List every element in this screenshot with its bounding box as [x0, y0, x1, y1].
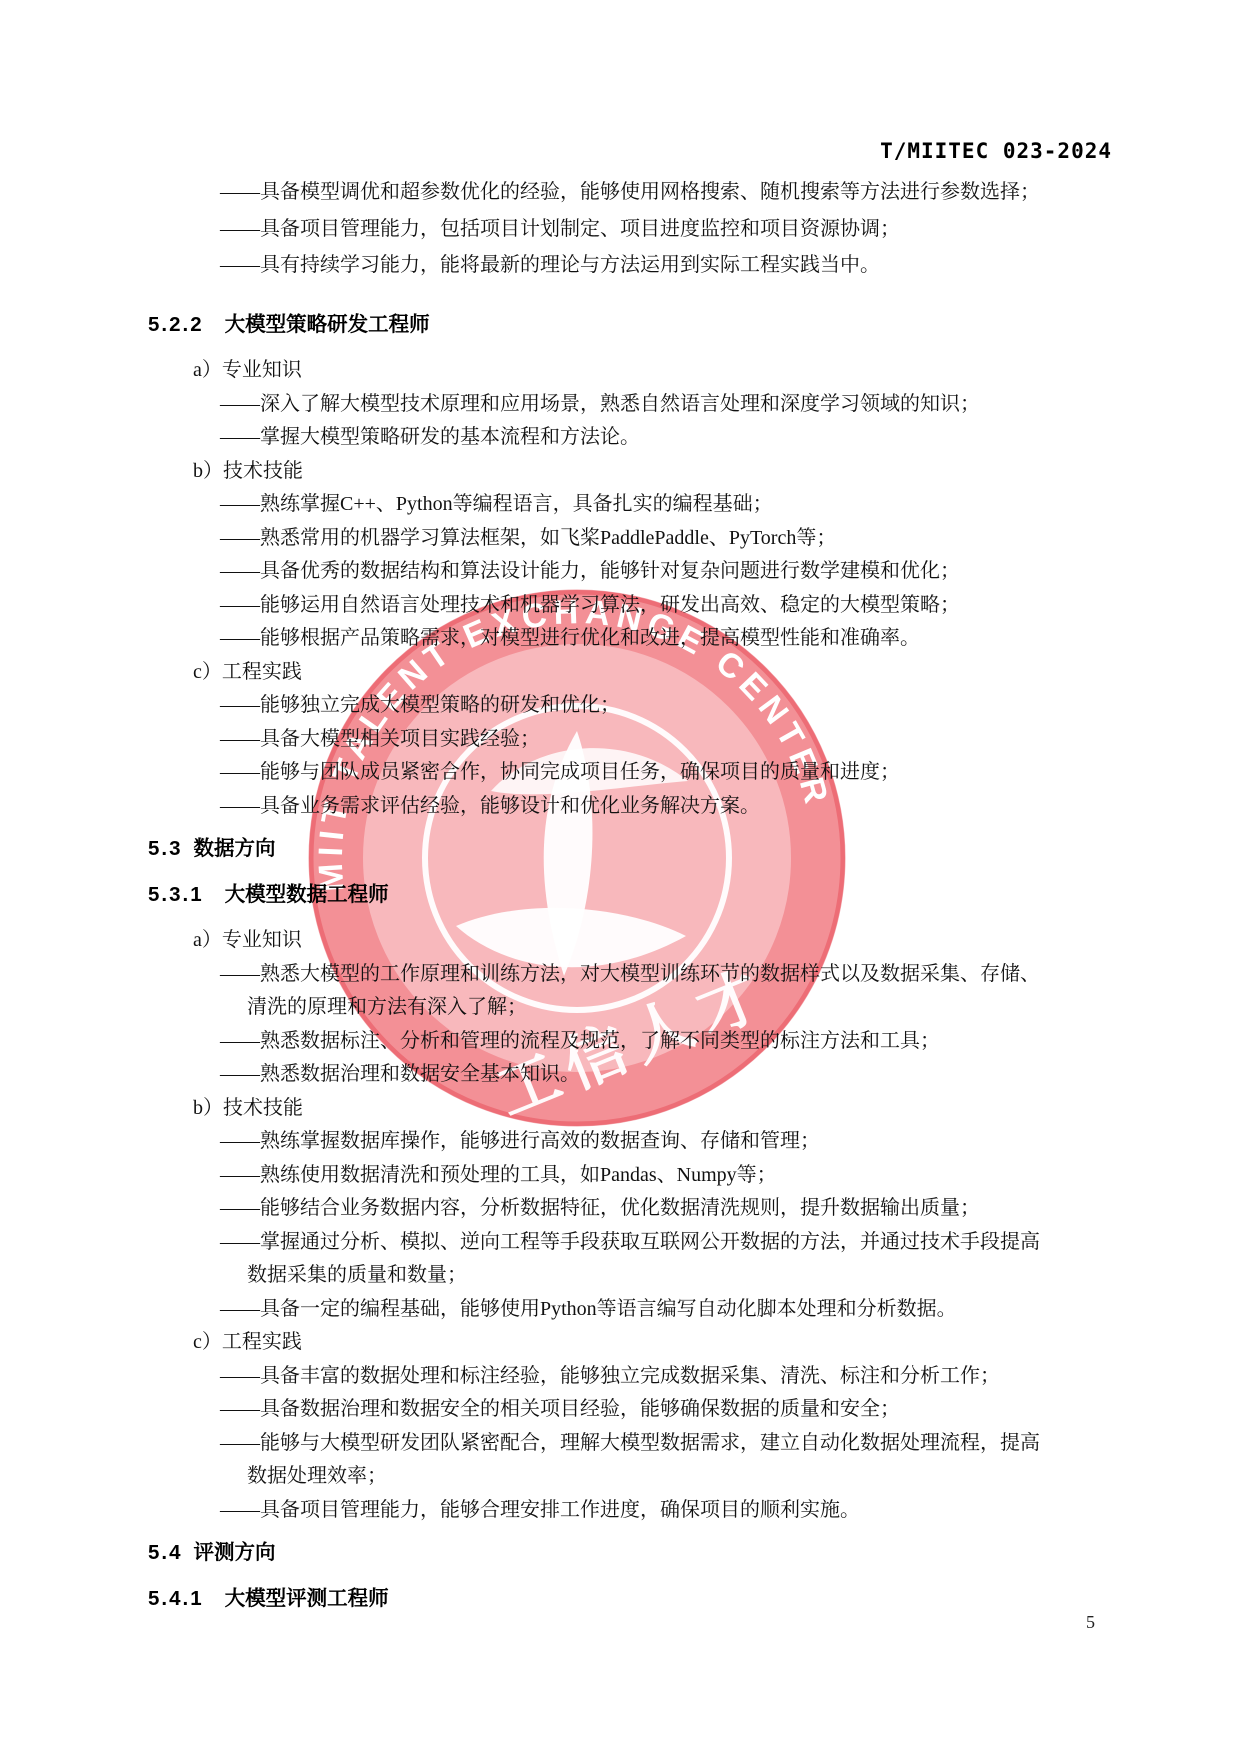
standard-code: T/MIITEC 023-2024	[0, 139, 1112, 163]
text-line: ——具备大模型相关项目实践经验；	[0, 723, 1241, 757]
text-line: ——具备优秀的数据结构和算法设计能力，能够针对复杂问题进行数学建模和优化；	[0, 555, 1241, 589]
section-heading: 5.3数据方向	[0, 832, 1241, 866]
text-line: ——能够独立完成大模型策略的研发和优化；	[0, 689, 1241, 723]
heading-number: 5.3.1	[148, 883, 204, 906]
heading-number: 5.2.2	[148, 313, 204, 336]
text-line: 数据处理效率；	[0, 1460, 1241, 1494]
text-line: a）专业知识	[0, 354, 1241, 388]
text-line: ——熟练掌握数据库操作，能够进行高效的数据查询、存储和管理；	[0, 1125, 1241, 1159]
text-line: ——具备业务需求评估经验，能够设计和优化业务解决方案。	[0, 790, 1241, 824]
text-line: ——具备模型调优和超参数优化的经验，能够使用网格搜索、随机搜索等方法进行参数选择…	[0, 174, 1241, 211]
text-line: ——具备丰富的数据处理和标注经验，能够独立完成数据采集、清洗、标注和分析工作；	[0, 1360, 1241, 1394]
text-line: ——具备项目管理能力，能够合理安排工作进度，确保项目的顺利实施。	[0, 1494, 1241, 1528]
heading-number: 5.4	[148, 1541, 183, 1564]
text-line: ——熟练掌握C++、Python等编程语言，具备扎实的编程基础；	[0, 488, 1241, 522]
section-heading: 5.4评测方向	[0, 1536, 1241, 1570]
text-line: ——熟悉大模型的工作原理和训练方法，对大模型训练环节的数据样式以及数据采集、存储…	[0, 958, 1241, 992]
text-line: a）专业知识	[0, 924, 1241, 958]
text-line: ——掌握大模型策略研发的基本流程和方法论。	[0, 421, 1241, 455]
section-heading: 5.4.1大模型评测工程师	[0, 1582, 1241, 1616]
text-line: 清洗的原理和方法有深入了解；	[0, 991, 1241, 1025]
section-heading: 5.3.1大模型数据工程师	[0, 878, 1241, 912]
text-line: ——熟悉数据标注、分析和管理的流程及规范，了解不同类型的标注方法和工具；	[0, 1025, 1241, 1059]
heading-title: 数据方向	[194, 837, 276, 860]
text-line: b）技术技能	[0, 455, 1241, 489]
text-line: ——能够根据产品策略需求，对模型进行优化和改进，提高模型性能和准确率。	[0, 622, 1241, 656]
text-line: ——能够运用自然语言处理技术和机器学习算法，研发出高效、稳定的大模型策略；	[0, 589, 1241, 623]
heading-title: 大模型策略研发工程师	[225, 313, 430, 336]
heading-title: 评测方向	[194, 1541, 276, 1564]
heading-number: 5.3	[148, 837, 183, 860]
text-line: ——具备项目管理能力，包括项目计划制定、项目进度监控和项目资源协调；	[0, 211, 1241, 248]
section-heading: 5.2.2大模型策略研发工程师	[0, 308, 1241, 342]
text-line: ——能够与团队成员紧密合作，协同完成项目任务，确保项目的质量和进度；	[0, 756, 1241, 790]
text-line: 数据采集的质量和数量；	[0, 1259, 1241, 1293]
document-page: { "header": { "standard_code": "T/MIITEC…	[0, 0, 1241, 1754]
text-line: ——熟练使用数据清洗和预处理的工具，如Pandas、Numpy等；	[0, 1159, 1241, 1193]
text-line: c）工程实践	[0, 1326, 1241, 1360]
heading-title: 大模型数据工程师	[225, 883, 389, 906]
text-line: ——具备一定的编程基础，能够使用Python等语言编写自动化脚本处理和分析数据。	[0, 1293, 1241, 1327]
heading-title: 大模型评测工程师	[225, 1587, 389, 1610]
text-line: ——熟悉数据治理和数据安全基本知识。	[0, 1058, 1241, 1092]
heading-number: 5.4.1	[148, 1587, 204, 1610]
text-line: ——能够结合业务数据内容，分析数据特征，优化数据清洗规则，提升数据输出质量；	[0, 1192, 1241, 1226]
text-line: ——具备数据治理和数据安全的相关项目经验，能够确保数据的质量和安全；	[0, 1393, 1241, 1427]
text-line: ——熟悉常用的机器学习算法框架，如飞桨PaddlePaddle、PyTorch等…	[0, 522, 1241, 556]
text-line: b）技术技能	[0, 1092, 1241, 1126]
text-line: ——掌握通过分析、模拟、逆向工程等手段获取互联网公开数据的方法，并通过技术手段提…	[0, 1226, 1241, 1260]
document-body: ——具备模型调优和超参数优化的经验，能够使用网格搜索、随机搜索等方法进行参数选择…	[0, 174, 1241, 1628]
text-line: ——深入了解大模型技术原理和应用场景，熟悉自然语言处理和深度学习领域的知识；	[0, 388, 1241, 422]
text-line: ——能够与大模型研发团队紧密配合，理解大模型数据需求，建立自动化数据处理流程，提…	[0, 1427, 1241, 1461]
text-line: ——具有持续学习能力，能将最新的理论与方法运用到实际工程实践当中。	[0, 247, 1241, 284]
text-line: c）工程实践	[0, 656, 1241, 690]
page-number: 5	[1086, 1612, 1095, 1633]
